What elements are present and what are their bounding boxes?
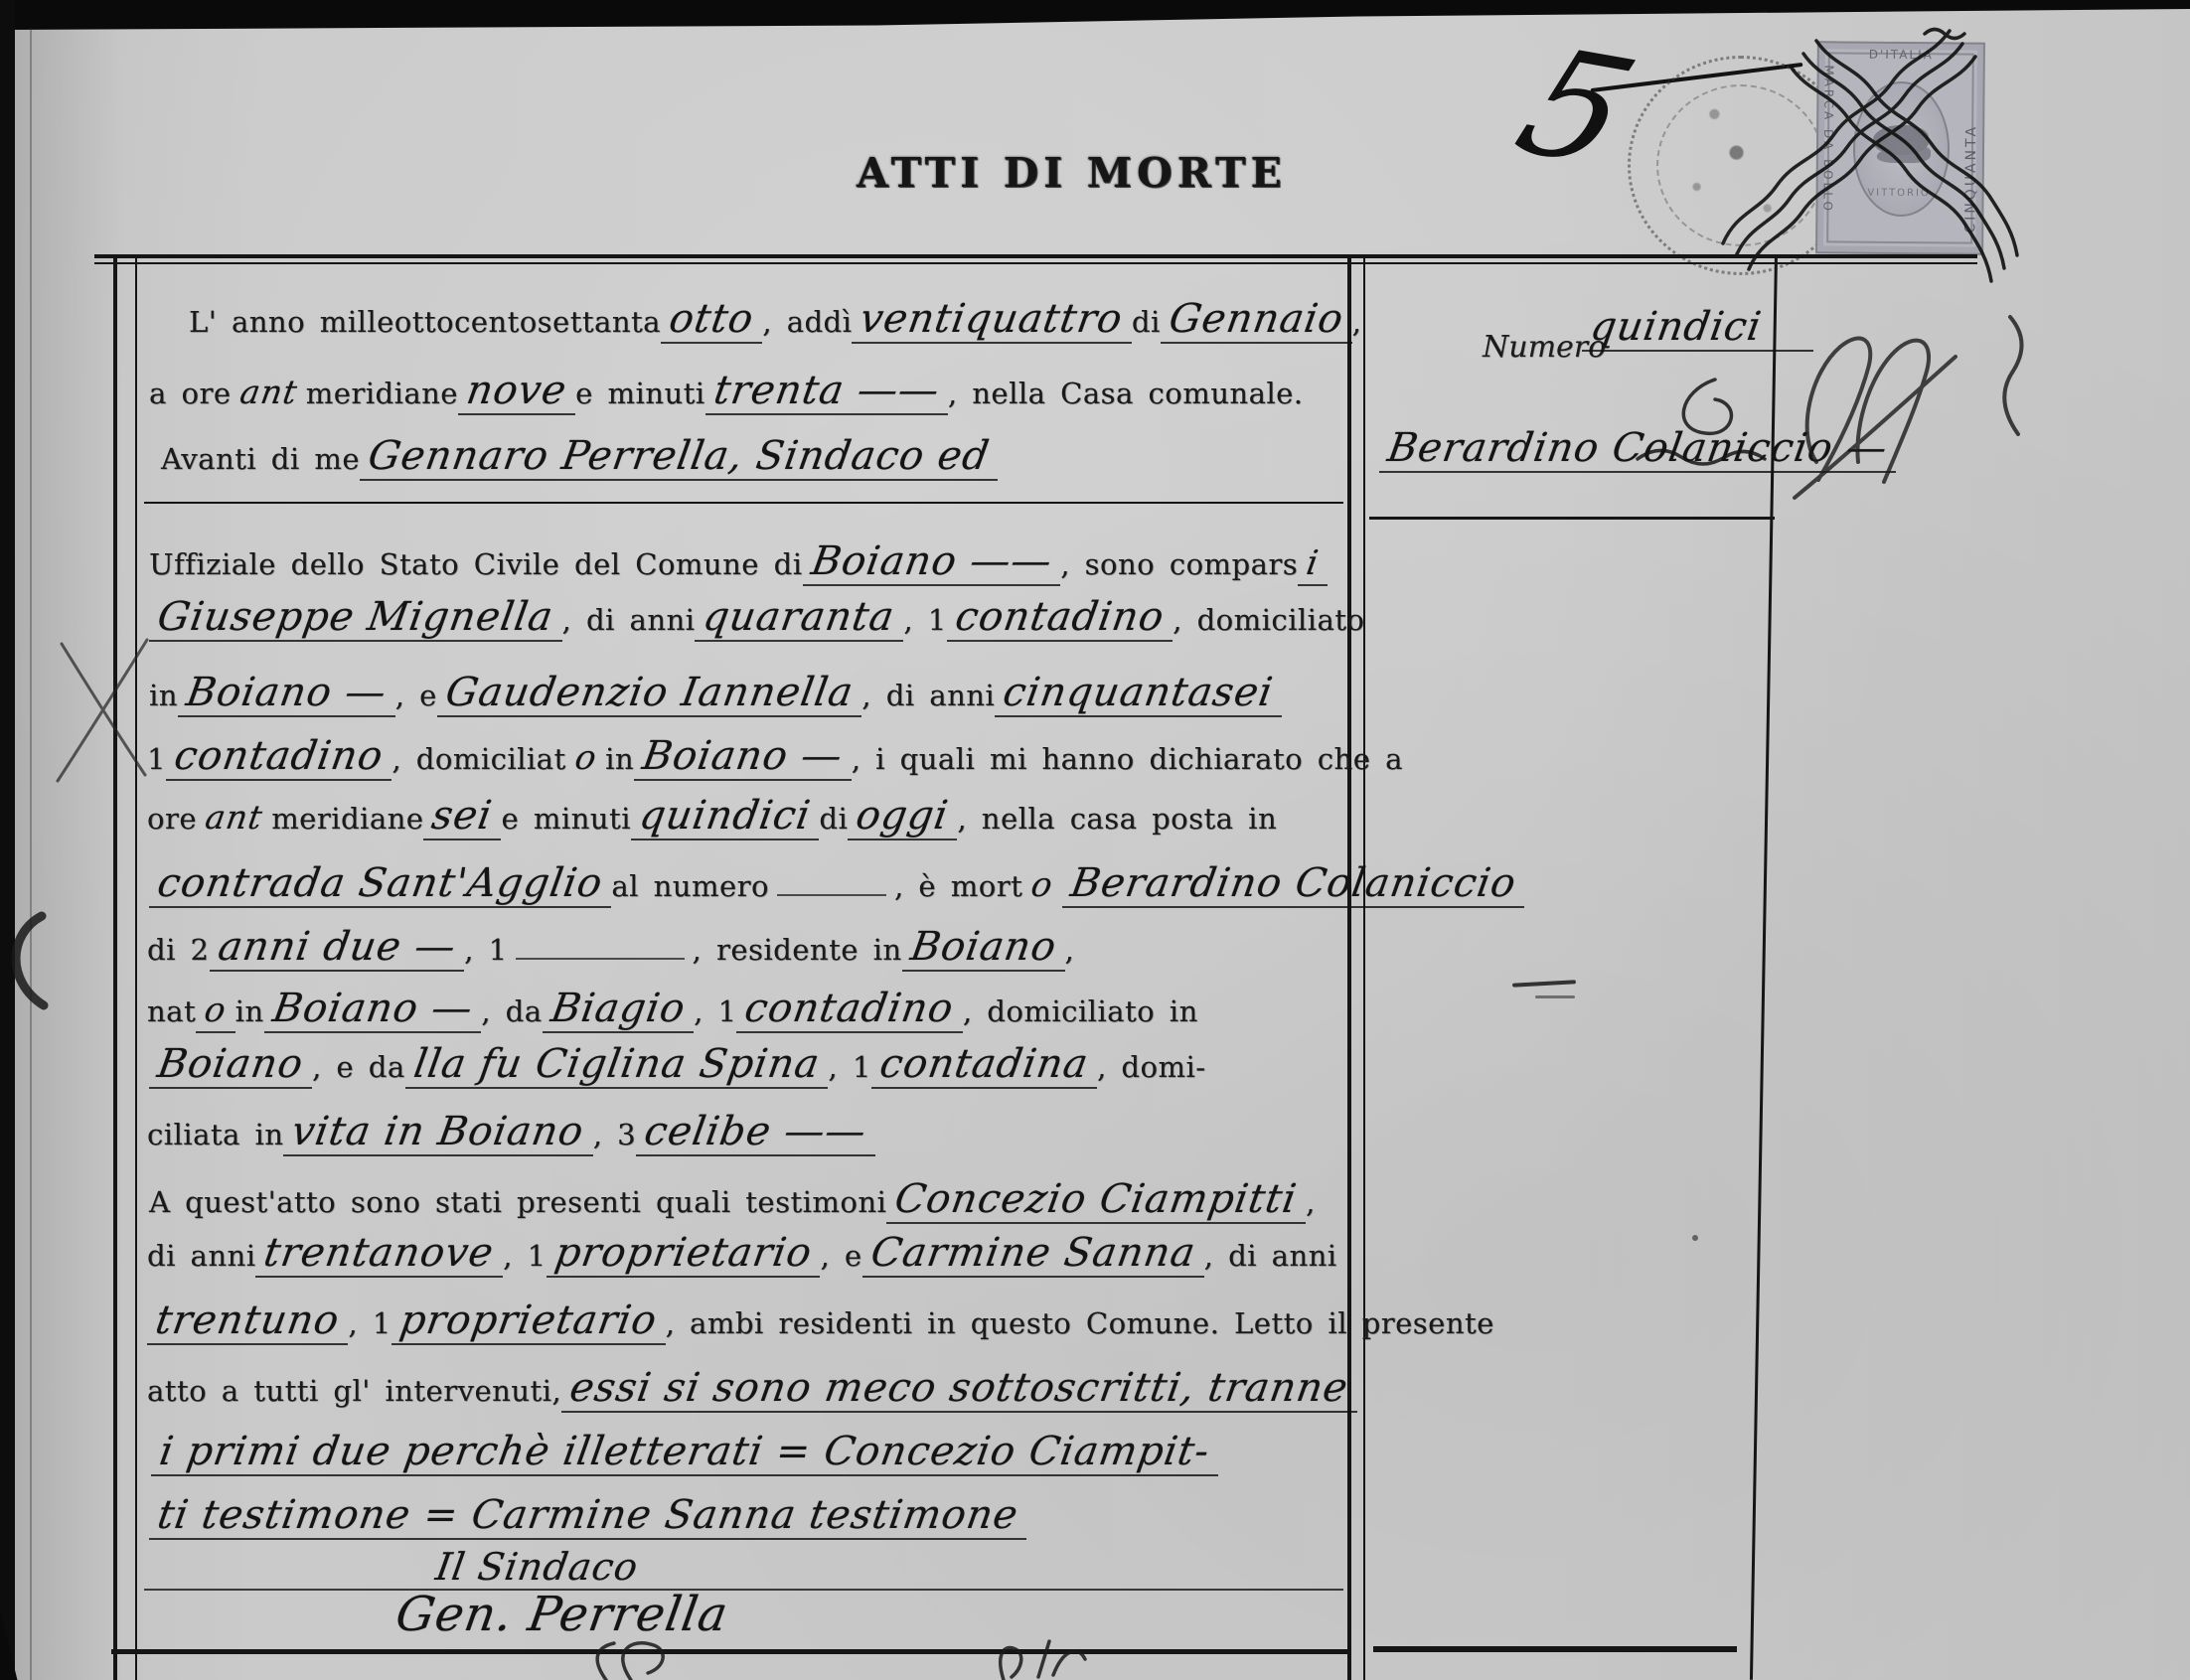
handwritten-entry: trentanove	[255, 1232, 503, 1278]
printed-text: ore	[147, 802, 197, 836]
handwritten-entry: Gen. Perrella	[388, 1590, 736, 1641]
margin-initials-flourish	[1789, 313, 1962, 507]
handwritten-entry: proprietario	[391, 1299, 666, 1345]
handwritten-entry: proprietario	[547, 1232, 821, 1278]
line-death-hour: oreantmeridianeseie minutiquindicidioggi…	[147, 795, 1277, 840]
margin-cross-mark	[48, 636, 157, 785]
printed-text: in	[605, 742, 634, 776]
handwritten-entry: contadino	[166, 735, 391, 781]
printed-text: L' anno milleottocentosettanta	[189, 305, 661, 339]
printed-text: e minuti	[501, 802, 630, 836]
printed-text: , addì	[762, 305, 852, 339]
numero-separator-rule	[1369, 517, 1775, 520]
handwritten-entry: cinquantasei	[995, 672, 1282, 717]
handwritten-entry: quaranta	[695, 596, 903, 642]
binding-ink-mark	[2, 912, 52, 1011]
printed-text: , 1	[694, 994, 736, 1028]
ink-speck	[1692, 1235, 1698, 1241]
act-number-entry: quindici	[1582, 306, 1813, 352]
top-border-rule-thin	[94, 262, 1977, 264]
line-declarant-3: 1contadino, domiciliatoinBoiano —, i qua…	[147, 735, 1403, 781]
printed-text: di 2	[147, 933, 210, 967]
line-witnesses-2: di annitrentanove, 1proprietario, eCarmi…	[147, 1232, 1337, 1278]
line-declarant-1: Giuseppe Mignella, di anniquaranta, 1con…	[149, 596, 1364, 642]
line-year-date: L' anno milleottocentosettantaotto, addì…	[189, 298, 1361, 344]
line-mother: Boiano, e dalla fu Ciglina Spina, 1conta…	[149, 1043, 1206, 1089]
handwritten-entry: o	[196, 993, 235, 1033]
column-divider-rule-thin	[1363, 254, 1365, 1680]
cutoff-signature-strokes	[537, 1639, 1252, 1680]
printed-text: , i quali mi hanno dichiarato che a	[852, 742, 1403, 776]
handwritten-entry: Gennaro Perrella, Sindaco ed	[360, 435, 998, 481]
printed-text: , 1	[828, 1050, 870, 1084]
death-record-scan: ATTI DI MORTE 5 D'ITALIA MARCA DA BOLLO …	[0, 0, 2190, 1680]
printed-text: A quest'atto sono stati presenti quali t…	[149, 1185, 886, 1219]
handwritten-entry: trentuno	[147, 1299, 348, 1345]
printed-text: , e	[820, 1239, 861, 1273]
handwritten-entry: ventiquattro	[852, 298, 1131, 344]
printed-text: , nella Casa comunale.	[948, 377, 1304, 410]
handwritten-entry: o	[1022, 868, 1061, 906]
line-birth: natoinBoiano —, daBiagio, 1contadino, do…	[147, 988, 1198, 1033]
handwritten-entry: Berardino Colaniccio	[1062, 862, 1525, 908]
handwritten-entry: Gaudenzio Iannella	[437, 672, 862, 717]
printed-text: , 1	[348, 1306, 391, 1340]
handwritten-entry: essi si sono meco sottoscritti, tranne	[561, 1367, 1357, 1413]
printed-text: in	[235, 994, 264, 1028]
handwritten-entry: i primi due perchè illetterati = Concezi…	[151, 1431, 1218, 1476]
printed-text: , domiciliat	[391, 742, 565, 776]
printed-text: di anni	[147, 1239, 255, 1273]
line-witnesses-1: A quest'atto sono stati presenti quali t…	[149, 1178, 1316, 1224]
printed-text: a ore	[149, 377, 232, 410]
printed-text: , domiciliato in	[963, 994, 1198, 1028]
printed-text: di	[819, 802, 848, 836]
handwritten-entry: Boiano ——	[803, 540, 1061, 586]
printed-text: nat	[147, 994, 196, 1028]
handwritten-entry: Giuseppe Mignella	[149, 596, 562, 642]
cancellation-wavy-lines	[1555, 26, 2042, 274]
printed-text: , ambi residenti in questo Comune. Letto…	[666, 1306, 1494, 1340]
handwritten-entry: quindici	[631, 795, 820, 840]
printed-text: ,	[1065, 933, 1075, 967]
line-closing-1: atto a tutti gl' intervenuti,essi si son…	[147, 1367, 1357, 1413]
handwritten-entry: Biagio	[543, 988, 695, 1033]
printed-text: , 1	[903, 603, 946, 637]
printed-text: , è mort	[894, 869, 1022, 903]
handwritten-entry: o	[566, 741, 605, 779]
printed-text: meridiane	[306, 377, 458, 410]
printed-text: al numero	[611, 869, 769, 903]
printed-text: , da	[481, 994, 542, 1028]
printed-text: atto a tutti gl' intervenuti,	[147, 1374, 561, 1408]
printed-text: , e	[395, 679, 437, 712]
left-border-rule	[113, 254, 117, 1680]
handwritten-entry: Carmine Sanna	[862, 1232, 1204, 1278]
printed-text: , domi-	[1097, 1050, 1206, 1084]
printed-text: , e da	[312, 1050, 405, 1084]
margin-squiggle-mark	[1982, 313, 2038, 442]
handwritten-entry: lla fu Ciglina Spina	[405, 1043, 829, 1089]
column-divider-rule	[1347, 254, 1351, 1680]
handwritten-entry: Boiano —	[264, 988, 482, 1033]
printed-text: ciliata in	[147, 1118, 283, 1151]
line-signature: Gen. Perrella	[388, 1590, 736, 1641]
handwritten-entry: celibe ——	[636, 1111, 875, 1156]
handwritten-entry: trenta ——	[705, 370, 948, 415]
handwritten-entry: ant	[232, 376, 306, 412]
printed-text: , residente in	[693, 933, 902, 967]
handwritten-entry: contadina	[871, 1043, 1097, 1089]
stray-ink-dash	[1512, 980, 1576, 987]
handwritten-entry: nove	[458, 370, 575, 415]
handwritten-entry: Gennaio	[1161, 298, 1352, 344]
line-closing-3: ti testimone = Carmine Sanna testimone	[149, 1494, 1026, 1540]
handwritten-entry: oggi	[848, 795, 957, 840]
printed-text: ,	[1306, 1185, 1316, 1219]
handwritten-entry: ti testimone = Carmine Sanna testimone	[149, 1494, 1026, 1540]
handwritten-entry: i	[1298, 546, 1328, 586]
scan-edge-left	[0, 0, 15, 1680]
header-separator-rule	[144, 502, 1343, 504]
line-signature-title: Il Sindaco	[427, 1548, 647, 1590]
printed-text: e minuti	[575, 377, 704, 410]
printed-text: , di anni	[1204, 1239, 1337, 1273]
bottom-rule-numero	[1373, 1646, 1737, 1652]
stray-ink-dash-2	[1535, 995, 1575, 998]
line-witnesses-3: trentuno, 1proprietario, ambi residenti …	[147, 1299, 1494, 1345]
left-border-rule-thin	[135, 254, 137, 1680]
printed-text: , di anni	[861, 679, 995, 712]
printed-text: , 1	[464, 933, 507, 967]
handwritten-entry: Boiano —	[178, 672, 395, 717]
handwritten-entry: Concezio Ciampitti	[886, 1178, 1306, 1224]
printed-text: , 1	[503, 1239, 546, 1273]
line-declarant-2: inBoiano —, eGaudenzio Iannella, di anni…	[149, 672, 1282, 717]
blank-field	[516, 924, 685, 960]
printed-text: Avanti di me	[161, 442, 360, 476]
printed-text: ,	[1352, 305, 1362, 339]
blank-field	[777, 860, 886, 896]
handwritten-entry: Il Sindaco	[427, 1548, 647, 1590]
printed-text: in	[149, 679, 178, 712]
printed-text: , 3	[593, 1118, 636, 1151]
line-death-place: contrada Sant'Agglioal numero, è mortoBe…	[149, 860, 1524, 908]
line-hour: a oreantmeridianenovee minutitrenta ——, …	[149, 370, 1304, 415]
handwritten-entry: contadino	[947, 596, 1173, 642]
printed-text: di	[1132, 305, 1161, 339]
handwritten-entry: Boiano —	[634, 735, 852, 781]
handwritten-entry: anni due —	[210, 926, 465, 972]
printed-text: , di anni	[562, 603, 696, 637]
printed-text: , sono compars	[1060, 547, 1298, 581]
line-age: di 2anni due —, 1, residente inBoiano,	[147, 924, 1074, 972]
line-comune: Uffiziale dello Stato Civile del Comune …	[149, 540, 1328, 586]
printed-text: , domiciliato	[1173, 603, 1364, 637]
handwritten-entry: contadino	[736, 988, 962, 1033]
line-official: Avanti di meGennaro Perrella, Sindaco ed	[161, 435, 998, 481]
line-closing-2: i primi due perchè illetterati = Concezi…	[151, 1431, 1218, 1476]
handwritten-entry: Boiano	[902, 926, 1065, 972]
handwritten-entry: sei	[423, 795, 501, 840]
handwritten-entry: contrada Sant'Agglio	[149, 862, 611, 908]
handwritten-entry: vita in Boiano	[283, 1111, 592, 1156]
printed-text: 1	[147, 742, 166, 776]
printed-text: Uffiziale dello Stato Civile del Comune …	[149, 547, 803, 581]
page-fold-line	[30, 28, 32, 1680]
printed-text: , nella casa posta in	[957, 802, 1277, 836]
printed-text: meridiane	[271, 802, 423, 836]
signature-rule	[144, 1589, 1343, 1591]
document-title: ATTI DI MORTE	[857, 149, 1287, 197]
top-border-rule	[94, 254, 1977, 258]
handwritten-entry: Boiano	[149, 1043, 312, 1089]
handwritten-entry: ant	[197, 801, 271, 838]
handwritten-entry: otto	[661, 298, 762, 344]
line-mother-2: ciliata invita in Boiano, 3celibe ——	[147, 1111, 875, 1156]
